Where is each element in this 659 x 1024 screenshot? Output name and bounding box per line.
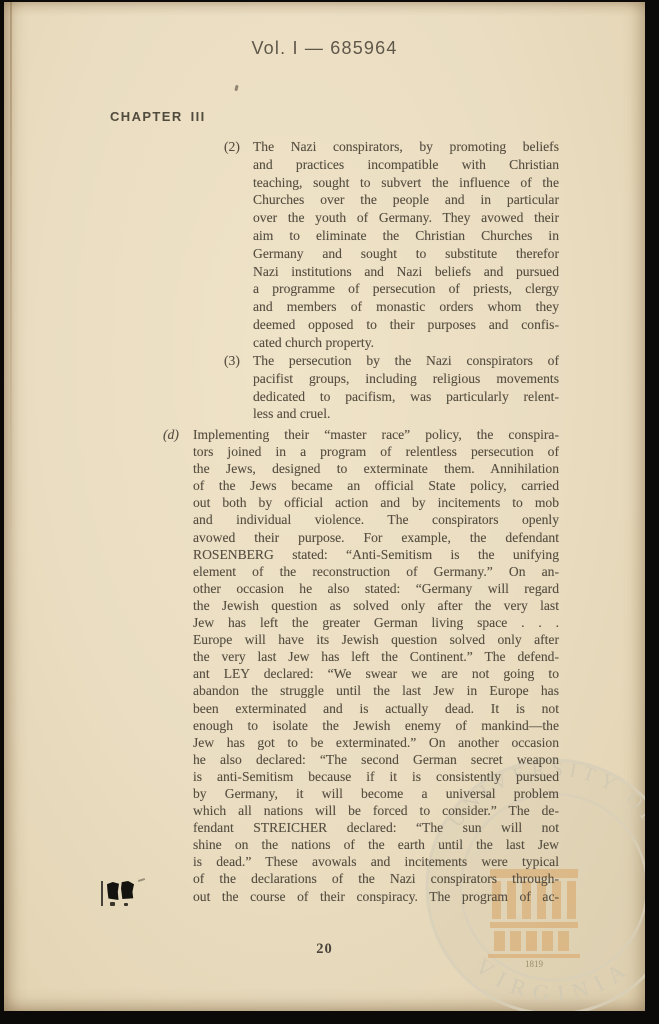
text-line: The Nazi conspirators, by promoting beli… <box>253 138 559 156</box>
text-line: Nazi institutions and Nazi beliefs and p… <box>253 263 559 281</box>
text-line: deemed opposed to their purposes and con… <box>253 316 559 334</box>
text-line: Jew has got to be exterminated.” On anot… <box>193 734 559 751</box>
text-line: The persecution by the Nazi conspirators… <box>253 352 559 370</box>
text-line: Churches over the people and in particul… <box>253 191 559 209</box>
text-line: dedicated to pacifism, was particularly … <box>253 388 559 406</box>
paragraph-d-label: (d) <box>163 426 179 444</box>
paragraph-3-label: (3) <box>224 352 240 370</box>
text-line: and members of monastic orders whom they <box>253 298 559 316</box>
chapter-heading: CHAPTER III <box>110 109 206 124</box>
paragraph-3-text: The persecution by the Nazi conspirators… <box>253 352 559 423</box>
text-line: shine on the nations of the earth until … <box>193 836 559 853</box>
text-line: been exterminated and is actually dead. … <box>193 700 559 717</box>
text-line: aim to eliminate the Christian Churches … <box>253 227 559 245</box>
text-line: other occasion he also stated: “Germany … <box>193 580 559 597</box>
text-line: out the course of their conspiracy. The … <box>193 888 559 905</box>
text-line: he also declared: “The second German sec… <box>193 751 559 768</box>
text-line: the very last Jew has left the Continent… <box>193 648 559 665</box>
text-line: abandon the struggle until the last Jew … <box>193 682 559 699</box>
ink-stamp-mark <box>97 877 149 911</box>
paragraph-2-text: The Nazi conspirators, by promoting beli… <box>253 138 559 352</box>
paragraph-d-text: Implementing their “master race” policy,… <box>193 426 559 905</box>
text-line: over the youth of Germany. They avowed t… <box>253 209 559 227</box>
scanned-book-page: { "document": { "volume_header": "Vol. I… <box>0 0 659 1024</box>
ink-stamp-blob <box>121 881 134 899</box>
text-line: pacifist groups, including religious mov… <box>253 370 559 388</box>
ink-stamp-blob <box>107 882 119 900</box>
text-line: is anti-Semitism because if it is consis… <box>193 768 559 785</box>
volume-header: Vol. I — 685964 <box>4 38 645 59</box>
text-line: by Germany, it will become a universal p… <box>193 785 559 802</box>
text-line: Europe will have its Jewish question sol… <box>193 631 559 648</box>
ink-stamp-stroke <box>101 881 103 906</box>
ink-stamp-tick <box>138 878 145 882</box>
page-number: 20 <box>4 941 645 958</box>
text-line: Implementing their “master race” policy,… <box>193 426 559 443</box>
text-line: the Jewish question as solved only after… <box>193 597 559 614</box>
text-line: is dead.” These avowals and incitements … <box>193 853 559 870</box>
text-line: teaching, sought to subvert the influenc… <box>253 174 559 192</box>
text-line: the Jews, designed to exterminate them. … <box>193 460 559 477</box>
text-line: Jew has left the greater German living s… <box>193 614 559 631</box>
text-line: cated church property. <box>253 334 559 352</box>
text-line: element of the reconstruction of Germany… <box>193 563 559 580</box>
text-line: and individual violence. The conspirator… <box>193 511 559 528</box>
paper-speck <box>234 85 238 92</box>
page-paper: Vol. I — 685964 CHAPTER III UNIVERSITY O… <box>4 2 645 1011</box>
seal-year-text: 1819 <box>525 959 544 969</box>
text-line: ant LEY declared: “We swear we are not g… <box>193 665 559 682</box>
text-line: avowed their purpose. For example, the d… <box>193 529 559 546</box>
text-line: which all nations will be forced to cons… <box>193 802 559 819</box>
text-line: out both by official action and by incit… <box>193 494 559 511</box>
text-line: of the Jews became an official State pol… <box>193 477 559 494</box>
text-line: a programme of persecution of priests, c… <box>253 280 559 298</box>
text-line: tors joined in a program of relentless p… <box>193 443 559 460</box>
paragraph-2-label: (2) <box>224 138 240 156</box>
text-line: and practices incompatible with Christia… <box>253 156 559 174</box>
text-line: fendant STREICHER declared: “The sun wil… <box>193 819 559 836</box>
text-line: ROSENBERG stated: “Anti-Semitism is the … <box>193 546 559 563</box>
ink-stamp-dot <box>124 903 128 906</box>
ink-stamp-dot <box>110 902 115 906</box>
binding-crease <box>10 2 12 557</box>
text-line: enough to isolate the Jewish enemy of ma… <box>193 717 559 734</box>
text-line: less and cruel. <box>253 405 559 423</box>
text-line: of the declarations of the Nazi conspira… <box>193 870 559 887</box>
text-line: Germany and sought to substitute therefo… <box>253 245 559 263</box>
